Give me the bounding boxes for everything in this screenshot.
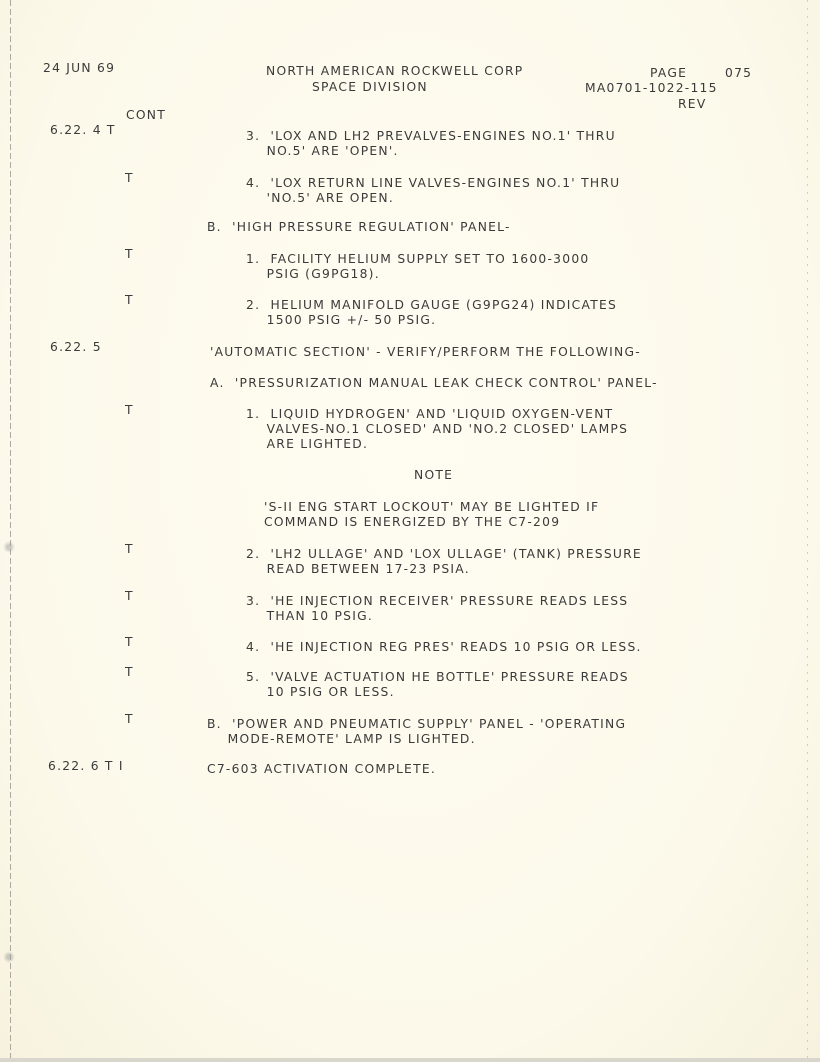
step-marker: T	[125, 589, 134, 604]
step-marker: T	[125, 665, 134, 680]
header-page-label: PAGE	[650, 66, 687, 81]
completion-statement: C7-603 ACTIVATION COMPLETE.	[207, 762, 436, 777]
step-marker: 6.22. 6 T I	[48, 759, 124, 774]
note-heading: NOTE	[414, 468, 453, 483]
step-marker: T	[125, 247, 134, 262]
panel-heading: B. 'HIGH PRESSURE REGULATION' PANEL-	[207, 220, 511, 235]
header-revision-label: REV	[678, 97, 706, 112]
punch-hole-mark	[2, 540, 16, 554]
header-document-number: MA0701-1022-115	[585, 81, 718, 96]
page-left-edge	[10, 0, 11, 1062]
continued-label: CONT	[126, 108, 166, 123]
page-right-edge	[807, 0, 808, 1062]
section-heading: 'AUTOMATIC SECTION' - VERIFY/PERFORM THE…	[210, 345, 641, 360]
header-date: 24 JUN 69	[43, 61, 115, 76]
step-marker: T	[125, 635, 134, 650]
header-company: NORTH AMERICAN ROCKWELL CORP	[266, 64, 523, 79]
header-division: SPACE DIVISION	[312, 80, 428, 95]
procedure-item: B. 'POWER AND PNEUMATIC SUPPLY' PANEL - …	[207, 717, 626, 747]
step-marker: T	[125, 293, 134, 308]
step-marker: T	[125, 712, 134, 727]
procedure-item: 3. 'HE INJECTION RECEIVER' PRESSURE READ…	[246, 594, 628, 624]
procedure-item: 2. 'LH2 ULLAGE' AND 'LOX ULLAGE' (TANK) …	[246, 547, 642, 577]
procedure-item: 4. 'HE INJECTION REG PRES' READS 10 PSIG…	[246, 640, 642, 655]
step-marker: 6.22. 4 T	[50, 123, 116, 138]
punch-hole-mark	[2, 950, 16, 964]
document-page: 24 JUN 69 NORTH AMERICAN ROCKWELL CORP S…	[0, 0, 820, 1062]
panel-heading: A. 'PRESSURIZATION MANUAL LEAK CHECK CON…	[210, 376, 658, 391]
procedure-item: 5. 'VALVE ACTUATION HE BOTTLE' PRESSURE …	[246, 670, 629, 700]
procedure-item: 3. 'LOX AND LH2 PREVALVES-ENGINES NO.1' …	[246, 129, 616, 159]
step-marker: T	[125, 171, 134, 186]
note-text: 'S-II ENG START LOCKOUT' MAY BE LIGHTED …	[264, 500, 599, 530]
step-marker: T	[125, 542, 134, 557]
step-marker: T	[125, 403, 134, 418]
procedure-item: 1. LIQUID HYDROGEN' AND 'LIQUID OXYGEN-V…	[246, 407, 628, 452]
procedure-item: 1. FACILITY HELIUM SUPPLY SET TO 1600-30…	[246, 252, 589, 282]
page-bottom-edge	[0, 1058, 820, 1062]
procedure-item: 2. HELIUM MANIFOLD GAUGE (G9PG24) INDICA…	[246, 298, 617, 328]
step-marker: 6.22. 5	[50, 340, 102, 355]
header-page-number: 075	[725, 66, 752, 81]
procedure-item: 4. 'LOX RETURN LINE VALVES-ENGINES NO.1'…	[246, 176, 620, 206]
